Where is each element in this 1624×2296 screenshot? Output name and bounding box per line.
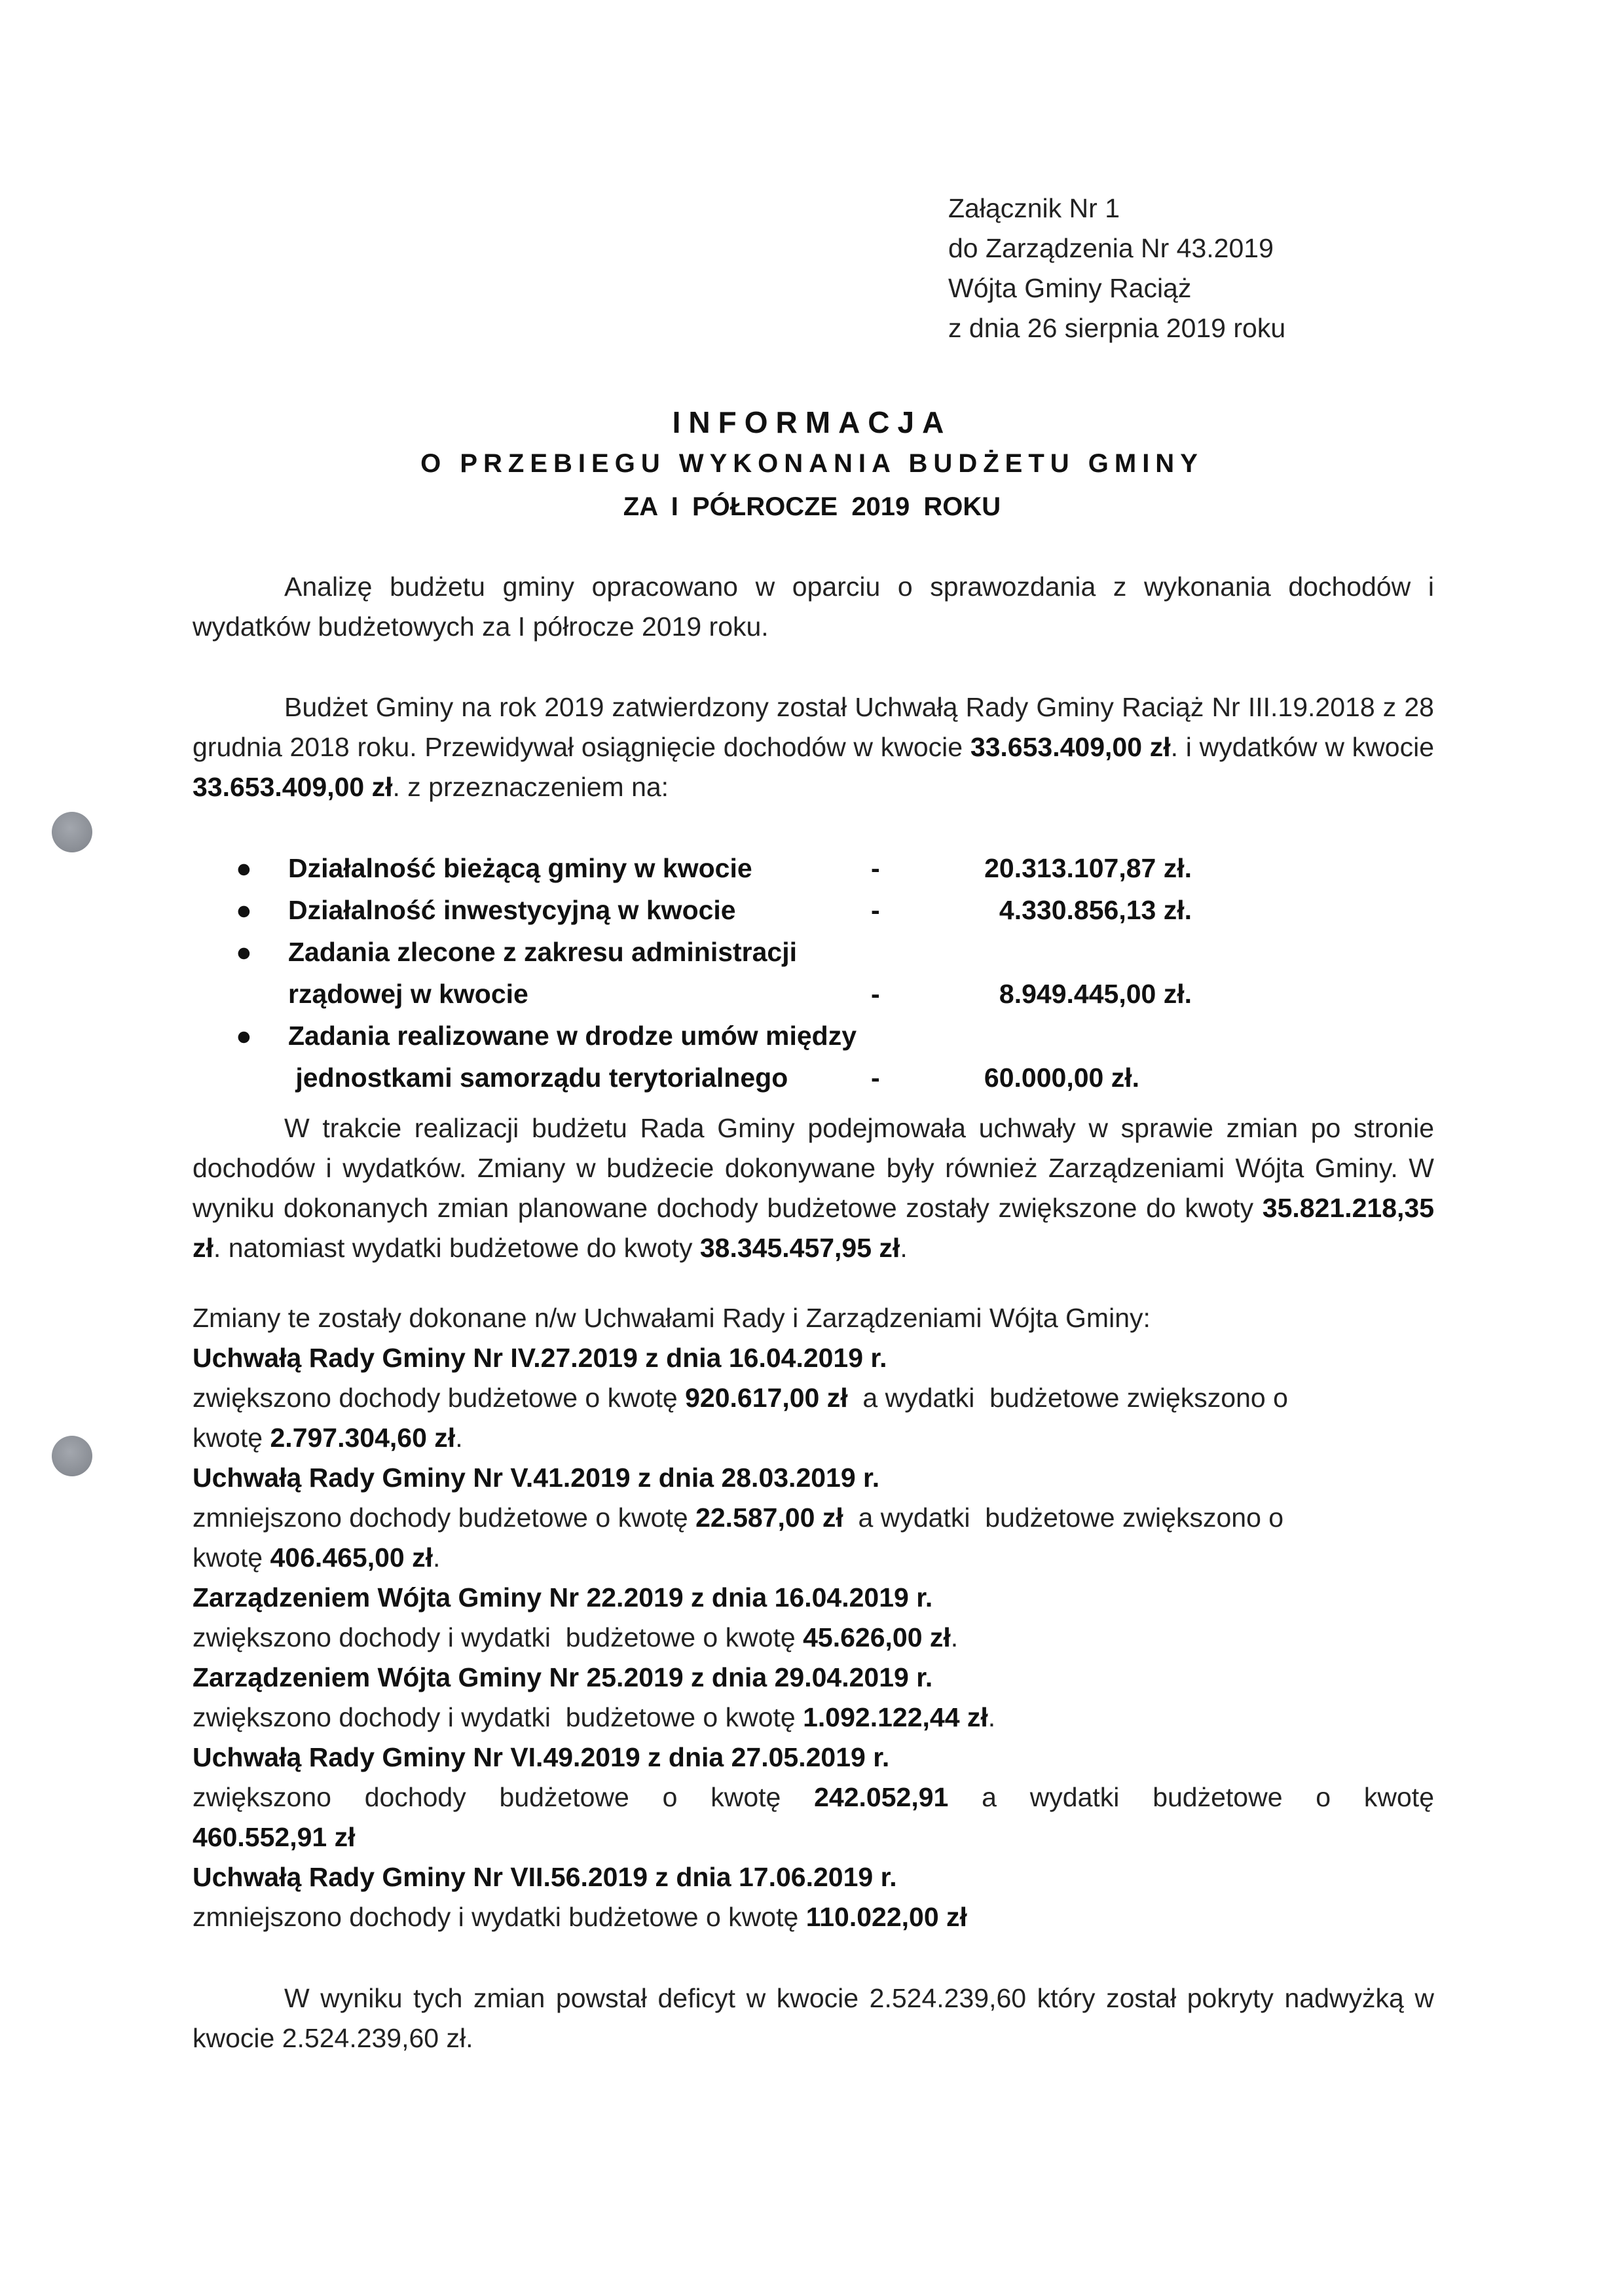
allocation-amount: 8.949.445,00 zł. xyxy=(999,979,1192,1010)
changes-paragraph: W trakcie realizacji budżetu Rada Gminy … xyxy=(193,1108,1434,1268)
allocation-list: ● Działalność bieżącą gminy w kwocie - 2… xyxy=(236,853,1283,1104)
act-amount: 22.587,00 zł xyxy=(695,1503,843,1533)
act-heading: Uchwałą Rady Gminy Nr V.41.2019 z dnia 2… xyxy=(193,1458,1434,1498)
bullet-icon: ● xyxy=(236,937,255,968)
allocation-amount: 60.000,00 zł. xyxy=(984,1063,1139,1093)
document-subtitle: O PRZEBIEGU WYKONANIA BUDŻETU GMINY xyxy=(0,449,1624,479)
punch-hole-mark xyxy=(52,812,92,852)
planned-income: 33.653.409,00 zł xyxy=(970,732,1171,762)
act-heading: Zarządzeniem Wójta Gminy Nr 22.2019 z dn… xyxy=(193,1578,1434,1618)
act-description: zmniejszono dochody i wydatki budżetowe … xyxy=(193,1897,1434,1937)
bullet-icon: ● xyxy=(236,853,255,884)
act-heading: Uchwałą Rady Gminy Nr VI.49.2019 z dnia … xyxy=(193,1738,1434,1777)
annex-issuer: Wójta Gminy Raciąż xyxy=(948,268,1285,308)
annex-ordinance: do Zarządzenia Nr 43.2019 xyxy=(948,228,1285,268)
act-description: zwiększono dochody i wydatki budżetowe o… xyxy=(193,1698,1434,1738)
annex-header: Załącznik Nr 1 do Zarządzenia Nr 43.2019… xyxy=(948,189,1285,348)
act-amount: 242.052,91 xyxy=(814,1777,948,1817)
summary-paragraph: W wyniku tych zmian powstał deficyt w kw… xyxy=(193,1978,1434,2058)
act-amount: 460.552,91 zł xyxy=(193,1817,1434,1857)
act-description: zwiększono dochody budżetowe o kwotę 242… xyxy=(193,1777,1434,1817)
document-period: ZA I PÓŁROCZE 2019 ROKU xyxy=(0,492,1624,522)
act-description: zmniejszono dochody budżetowe o kwotę 22… xyxy=(193,1498,1434,1538)
allocation-amount: 4.330.856,13 zł. xyxy=(999,895,1192,926)
act-amount: 2.797.304,60 zł xyxy=(270,1423,456,1453)
allocation-item: ● Działalność inwestycyjną w kwocie - 4.… xyxy=(236,895,1283,937)
allocation-item: ● Zadania realizowane w drodze umów międ… xyxy=(236,1021,1283,1063)
allocation-item: ● Działalność bieżącą gminy w kwocie - 2… xyxy=(236,853,1283,895)
bullet-icon: ● xyxy=(236,895,255,926)
act-description: zwiększono dochody budżetowe o kwotę 920… xyxy=(193,1378,1434,1418)
allocation-item: ● Zadania zlecone z zakresu administracj… xyxy=(236,937,1283,979)
punch-hole-mark xyxy=(52,1436,92,1476)
act-amount: 110.022,00 zł xyxy=(806,1902,967,1932)
intro-paragraph: Analizę budżetu gminy opracowano w oparc… xyxy=(193,567,1434,647)
planned-expenses: 33.653.409,00 zł xyxy=(193,772,392,802)
bullet-icon: ● xyxy=(236,1021,255,1051)
annex-date: z dnia 26 sierpnia 2019 roku xyxy=(948,308,1285,348)
budget-paragraph: Budżet Gminy na rok 2019 zatwierdzony zo… xyxy=(193,687,1434,807)
act-amount: 1.092.122,44 zł xyxy=(803,1702,988,1732)
act-heading: Uchwałą Rady Gminy Nr IV.27.2019 z dnia … xyxy=(193,1338,1434,1378)
act-heading: Zarządzeniem Wójta Gminy Nr 25.2019 z dn… xyxy=(193,1658,1434,1698)
act-amount: 45.626,00 zł xyxy=(803,1622,951,1652)
allocation-amount: 20.313.107,87 zł. xyxy=(984,853,1192,884)
document-title: INFORMACJA xyxy=(0,405,1624,440)
act-heading: Uchwałą Rady Gminy Nr VII.56.2019 z dnia… xyxy=(193,1857,1434,1897)
act-description: zwiększono dochody i wydatki budżetowe o… xyxy=(193,1618,1434,1658)
changes-list: Zmiany te zostały dokonane n/w Uchwałami… xyxy=(193,1298,1434,1937)
act-amount: 920.617,00 zł xyxy=(685,1383,847,1413)
annex-number: Załącznik Nr 1 xyxy=(948,189,1285,228)
expenses-after-changes: 38.345.457,95 zł xyxy=(700,1233,900,1263)
changes-list-intro: Zmiany te zostały dokonane n/w Uchwałami… xyxy=(193,1298,1434,1338)
act-amount: 406.465,00 zł xyxy=(270,1542,433,1573)
